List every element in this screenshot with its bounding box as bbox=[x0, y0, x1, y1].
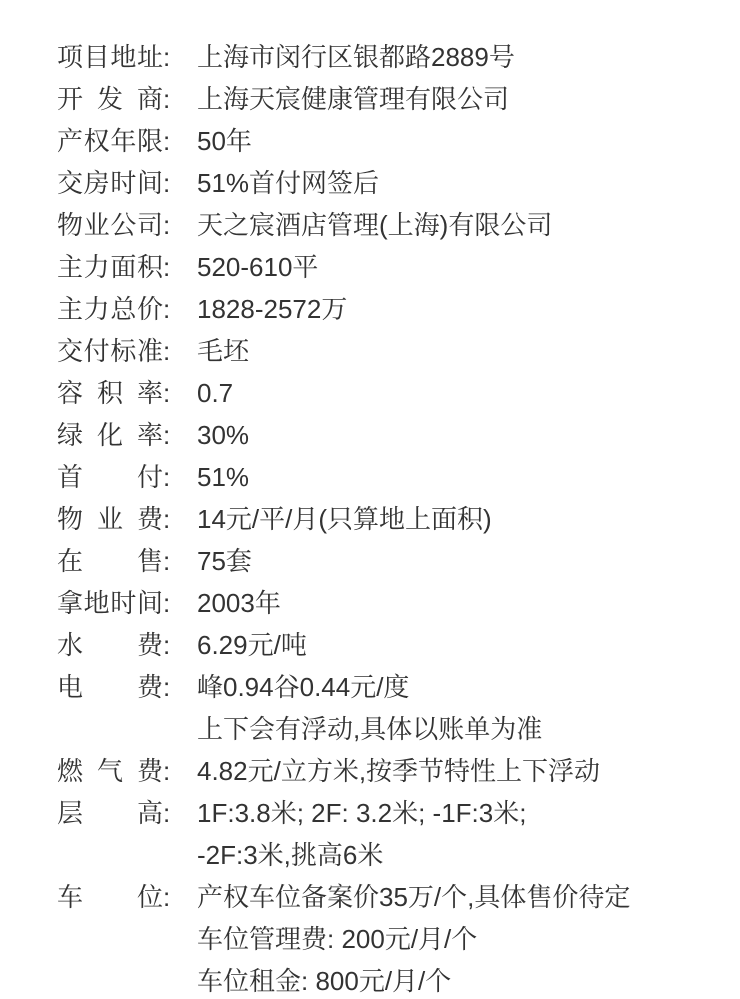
field-label: 交付标准 bbox=[57, 330, 163, 372]
info-row-electricity-fee: 电费:峰0.94谷0.44元/度 bbox=[57, 666, 720, 708]
label-colon: : bbox=[163, 246, 197, 288]
field-label: 车位 bbox=[57, 876, 163, 918]
label-colon: : bbox=[163, 666, 197, 708]
field-value: 毛坯 bbox=[197, 330, 720, 372]
info-row-greening-rate: 绿化率:30% bbox=[57, 414, 720, 456]
field-value: 1F:3.8米; 2F: 3.2米; -1F:3米; bbox=[197, 792, 720, 834]
label-colon: : bbox=[163, 792, 197, 834]
field-value: 520-610平 bbox=[197, 246, 720, 288]
info-row-electricity-fee-note: 上下会有浮动,具体以账单为准 bbox=[57, 708, 720, 750]
label-colon: : bbox=[163, 78, 197, 120]
label-colon: : bbox=[163, 876, 197, 918]
label-colon: : bbox=[163, 330, 197, 372]
info-row-floor-height-note: -2F:3米,挑高6米 bbox=[57, 834, 720, 876]
info-row-project-address: 项目地址:上海市闵行区银都路2889号 bbox=[57, 36, 720, 78]
label-colon: : bbox=[163, 582, 197, 624]
label-colon: : bbox=[163, 750, 197, 792]
label-colon: : bbox=[163, 36, 197, 78]
field-value: 产权车位备案价35万/个,具体售价待定 bbox=[197, 876, 720, 918]
info-row-delivery-standard: 交付标准:毛坯 bbox=[57, 330, 720, 372]
field-value: 车位租金: 800元/月/个 bbox=[197, 960, 720, 999]
info-row-delivery-time: 交房时间:51%首付网签后 bbox=[57, 162, 720, 204]
info-row-plot-ratio: 容积率:0.7 bbox=[57, 372, 720, 414]
field-label: 层高 bbox=[57, 792, 163, 834]
field-value: -2F:3米,挑高6米 bbox=[197, 834, 720, 876]
field-value: 75套 bbox=[197, 540, 720, 582]
info-row-water-fee: 水费:6.29元/吨 bbox=[57, 624, 720, 666]
field-label: 产权年限 bbox=[57, 120, 163, 162]
info-row-main-price: 主力总价:1828-2572万 bbox=[57, 288, 720, 330]
label-colon: : bbox=[163, 120, 197, 162]
field-label: 开发商 bbox=[57, 78, 163, 120]
field-value: 50年 bbox=[197, 120, 720, 162]
field-value: 0.7 bbox=[197, 372, 720, 414]
field-label: 燃气费 bbox=[57, 750, 163, 792]
info-row-developer: 开发商:上海天宸健康管理有限公司 bbox=[57, 78, 720, 120]
info-row-ownership-years: 产权年限:50年 bbox=[57, 120, 720, 162]
label-colon: : bbox=[163, 498, 197, 540]
field-value: 51% bbox=[197, 456, 720, 498]
label-colon: : bbox=[163, 414, 197, 456]
field-value: 车位管理费: 200元/月/个 bbox=[197, 918, 720, 960]
info-row-parking: 车位:产权车位备案价35万/个,具体售价待定 bbox=[57, 876, 720, 918]
field-label: 交房时间 bbox=[57, 162, 163, 204]
field-label: 电费 bbox=[57, 666, 163, 708]
field-label: 在售 bbox=[57, 540, 163, 582]
field-value: 上下会有浮动,具体以账单为准 bbox=[197, 708, 720, 750]
field-value: 上海天宸健康管理有限公司 bbox=[197, 78, 720, 120]
info-row-floor-height: 层高:1F:3.8米; 2F: 3.2米; -1F:3米; bbox=[57, 792, 720, 834]
label-colon: : bbox=[163, 204, 197, 246]
field-label: 主力总价 bbox=[57, 288, 163, 330]
info-row-property-company: 物业公司:天之宸酒店管理(上海)有限公司 bbox=[57, 204, 720, 246]
info-row-parking-management-fee: 车位管理费: 200元/月/个 bbox=[57, 918, 720, 960]
label-colon: : bbox=[163, 624, 197, 666]
field-value: 30% bbox=[197, 414, 720, 456]
field-label: 水费 bbox=[57, 624, 163, 666]
field-value: 1828-2572万 bbox=[197, 288, 720, 330]
field-value: 51%首付网签后 bbox=[197, 162, 720, 204]
field-label: 绿化率 bbox=[57, 414, 163, 456]
info-row-land-acquired: 拿地时间:2003年 bbox=[57, 582, 720, 624]
field-value: 上海市闵行区银都路2889号 bbox=[197, 36, 720, 78]
label-colon: : bbox=[163, 162, 197, 204]
info-row-parking-rent: 车位租金: 800元/月/个 bbox=[57, 960, 720, 999]
field-label: 容积率 bbox=[57, 372, 163, 414]
info-row-gas-fee: 燃气费:4.82元/立方米,按季节特性上下浮动 bbox=[57, 750, 720, 792]
label-colon: : bbox=[163, 372, 197, 414]
field-value: 6.29元/吨 bbox=[197, 624, 720, 666]
info-row-main-area: 主力面积:520-610平 bbox=[57, 246, 720, 288]
label-colon: : bbox=[163, 456, 197, 498]
label-colon: : bbox=[163, 540, 197, 582]
info-row-units-on-sale: 在售:75套 bbox=[57, 540, 720, 582]
field-value: 峰0.94谷0.44元/度 bbox=[197, 666, 720, 708]
field-label: 首付 bbox=[57, 456, 163, 498]
field-value: 4.82元/立方米,按季节特性上下浮动 bbox=[197, 750, 720, 792]
property-info-sheet: 项目地址:上海市闵行区银都路2889号 开发商:上海天宸健康管理有限公司 产权年… bbox=[0, 0, 740, 999]
field-label: 物业公司 bbox=[57, 204, 163, 246]
field-value: 2003年 bbox=[197, 582, 720, 624]
field-value: 天之宸酒店管理(上海)有限公司 bbox=[197, 204, 720, 246]
field-value: 14元/平/月(只算地上面积) bbox=[197, 498, 720, 540]
info-row-property-fee: 物业费:14元/平/月(只算地上面积) bbox=[57, 498, 720, 540]
field-label: 拿地时间 bbox=[57, 582, 163, 624]
info-row-down-payment: 首付:51% bbox=[57, 456, 720, 498]
label-colon: : bbox=[163, 288, 197, 330]
field-label: 主力面积 bbox=[57, 246, 163, 288]
field-label: 物业费 bbox=[57, 498, 163, 540]
field-label: 项目地址 bbox=[57, 36, 163, 78]
